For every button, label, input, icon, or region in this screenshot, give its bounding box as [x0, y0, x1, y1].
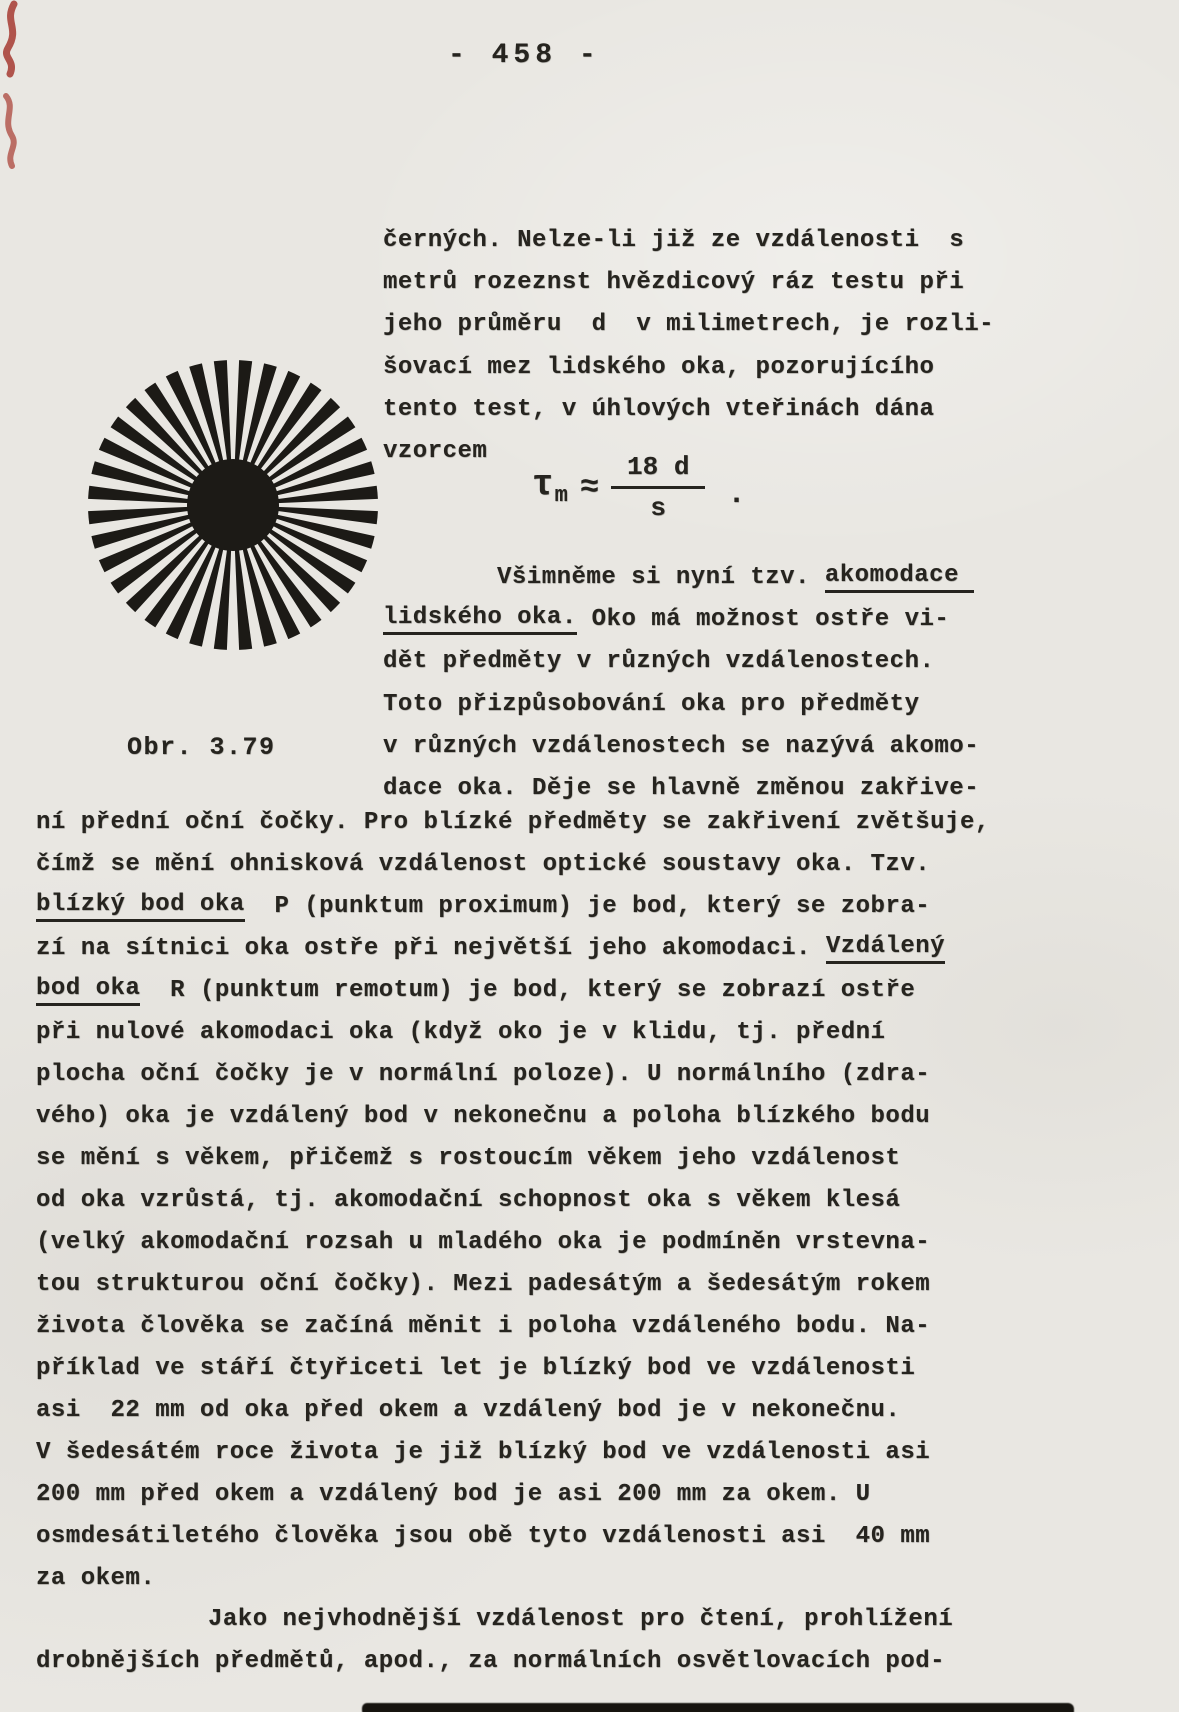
text-segment: příklad ve stáří čtyřiceti let je blízký… — [36, 1355, 915, 1382]
siemens-star-figure — [86, 358, 380, 652]
text-line: za okem. — [36, 1557, 1066, 1599]
text-line: šovací mez lidského oka, pozorujícího — [383, 346, 1043, 388]
formula-period: . — [727, 478, 745, 512]
text-segment: ní přední oční čočky. Pro blízké předmět… — [36, 809, 990, 836]
text-line: drobnějších předmětů, apod., za normální… — [36, 1640, 1066, 1682]
text-segment: Všimněme si nyní tzv. — [497, 564, 825, 591]
text-line: dět předměty v různých vzdálenostech. — [383, 641, 1043, 683]
text-line: bod oka R (punktum remotum) je bod, kter… — [36, 969, 1066, 1011]
text-segment: V šedesátém roce života je již blízký bo… — [36, 1439, 930, 1466]
text-segment: Jako nejvhodnější vzdálenost pro čtení, … — [208, 1606, 953, 1633]
text-segment: tou strukturou oční čočky). Mezi padesát… — [36, 1271, 930, 1298]
column-text-before-formula: černých. Nelze-li již ze vzdálenosti sme… — [383, 219, 1043, 473]
text-line: v různých vzdálenostech se nazývá akomo- — [383, 725, 1043, 767]
text-line: Toto přizpůsobování oka pro předměty — [383, 683, 1043, 725]
tau-subscript: m — [555, 483, 568, 508]
text-line: metrů rozeznst hvězdicový ráz testu při — [383, 261, 1043, 303]
text-segment: černých. Nelze-li již ze vzdálenosti s — [383, 227, 964, 254]
text-segment: plocha oční čočky je v normální poloze).… — [36, 1061, 930, 1088]
closing-paragraph: Jako nejvhodnější vzdálenost pro čtení, … — [36, 1598, 1066, 1682]
text-segment: 200 mm před okem a vzdálený bod je asi 2… — [36, 1481, 871, 1508]
underlined-term: bod oka — [36, 975, 140, 1006]
text-segment: R (punktum remotum) je bod, který se zob… — [140, 977, 915, 1004]
text-segment: (velký akomodační rozsah u mladého oka j… — [36, 1229, 930, 1256]
text-line: 200 mm před okem a vzdálený bod je asi 2… — [36, 1473, 1066, 1515]
text-segment: čímž se mění ohnisková vzdálenost optick… — [36, 851, 930, 878]
underlined-term: blízký bod oka — [36, 891, 245, 922]
text-segment: života člověka se začíná měnit i poloha … — [36, 1313, 930, 1340]
text-segment: se mění s věkem, přičemž s rostoucím věk… — [36, 1145, 900, 1172]
fraction-denominator: s — [650, 489, 666, 523]
text-segment: vého) oka je vzdálený bod v nekonečnu a … — [36, 1103, 930, 1130]
underlined-term: Vzdálený — [826, 933, 945, 964]
text-line: se mění s věkem, přičemž s rostoucím věk… — [36, 1137, 1066, 1179]
text-line: lidského oka. Oko má možnost ostře vi- — [383, 598, 1043, 640]
body-text: ní přední oční čočky. Pro blízké předmět… — [36, 801, 1066, 1599]
text-segment: vzorcem — [383, 438, 487, 465]
text-segment: od oka vzrůstá, tj. akomodační schopnost… — [36, 1187, 900, 1214]
text-line: asi 22 mm od oka před okem a vzdálený bo… — [36, 1389, 1066, 1431]
text-segment: drobnějších předmětů, apod., za normální… — [36, 1648, 945, 1675]
text-segment: Oko má možnost ostře vi- — [577, 606, 950, 633]
text-line: Všimněme si nyní tzv. akomodace — [383, 556, 1043, 598]
text-line: čímž se mění ohnisková vzdálenost optick… — [36, 843, 1066, 885]
text-segment: osmdesátiletého člověka jsou obě tyto vz… — [36, 1523, 930, 1550]
text-line: osmdesátiletého člověka jsou obě tyto vz… — [36, 1515, 1066, 1557]
resolution-formula: τm ≈ 18 d s . — [532, 452, 745, 523]
text-segment: jeho průměru d v milimetrech, je rozli- — [383, 311, 994, 338]
text-line: tou strukturou oční čočky). Mezi padesát… — [36, 1263, 1066, 1305]
text-segment: tento test, v úhlových vteřinách dána — [383, 396, 934, 423]
text-line: V šedesátém roce života je již blízký bo… — [36, 1431, 1066, 1473]
text-segment: metrů rozeznst hvězdicový ráz testu při — [383, 269, 964, 296]
scan-bottom-edge — [362, 1703, 1074, 1712]
text-segment: zí na sítnici oka ostře při největší jeh… — [36, 935, 826, 962]
text-segment: za okem. — [36, 1565, 155, 1592]
red-pen-marks — [0, 0, 70, 180]
text-line: života člověka se začíná měnit i poloha … — [36, 1305, 1066, 1347]
star-center — [187, 459, 279, 551]
text-line: zí na sítnici oka ostře při největší jeh… — [36, 927, 1066, 969]
underlined-term: lidského oka. — [383, 604, 577, 635]
text-line: plocha oční čočky je v normální poloze).… — [36, 1053, 1066, 1095]
text-line: příklad ve stáří čtyřiceti let je blízký… — [36, 1347, 1066, 1389]
formula-lhs: τm — [532, 467, 568, 508]
tau-symbol: τ — [532, 464, 554, 505]
text-line: blízký bod oka P (punktum proximum) je b… — [36, 885, 1066, 927]
text-segment: v různých vzdálenostech se nazývá akomo- — [383, 733, 979, 760]
figure-caption: Obr. 3.79 — [127, 733, 276, 762]
text-segment: Toto přizpůsobování oka pro předměty — [383, 691, 919, 718]
text-segment: dace oka. Děje se hlavně změnou zakřive- — [383, 775, 979, 802]
text-line: při nulové akomodaci oka (když oko je v … — [36, 1011, 1066, 1053]
fraction-numerator: 18 d — [611, 452, 705, 489]
text-segment: asi 22 mm od oka před okem a vzdálený bo… — [36, 1397, 900, 1424]
text-line: jeho průměru d v milimetrech, je rozli- — [383, 304, 1043, 346]
text-line: (velký akomodační rozsah u mladého oka j… — [36, 1221, 1066, 1263]
text-line: od oka vzrůstá, tj. akomodační schopnost… — [36, 1179, 1066, 1221]
scanned-page: - 458 - Obr. 3.79 černých. Nelze-li již … — [0, 0, 1179, 1712]
text-segment: šovací mez lidského oka, pozorujícího — [383, 354, 934, 381]
column-text-after-formula: Všimněme si nyní tzv. akomodace lidského… — [383, 556, 1043, 810]
text-line: vého) oka je vzdálený bod v nekonečnu a … — [36, 1095, 1066, 1137]
page-number: - 458 - — [448, 40, 601, 71]
text-segment: P (punktum proximum) je bod, který se zo… — [245, 893, 931, 920]
approx-sign: ≈ — [580, 469, 599, 506]
text-line: Jako nejvhodnější vzdálenost pro čtení, … — [36, 1598, 1066, 1640]
formula-fraction: 18 d s — [611, 452, 705, 523]
text-line: ní přední oční čočky. Pro blízké předmět… — [36, 801, 1066, 843]
text-segment: dět předměty v různých vzdálenostech. — [383, 648, 934, 675]
text-line: černých. Nelze-li již ze vzdálenosti s — [383, 219, 1043, 261]
underlined-term: akomodace — [825, 562, 974, 593]
text-segment: při nulové akomodaci oka (když oko je v … — [36, 1019, 885, 1046]
text-line: tento test, v úhlových vteřinách dána — [383, 388, 1043, 430]
